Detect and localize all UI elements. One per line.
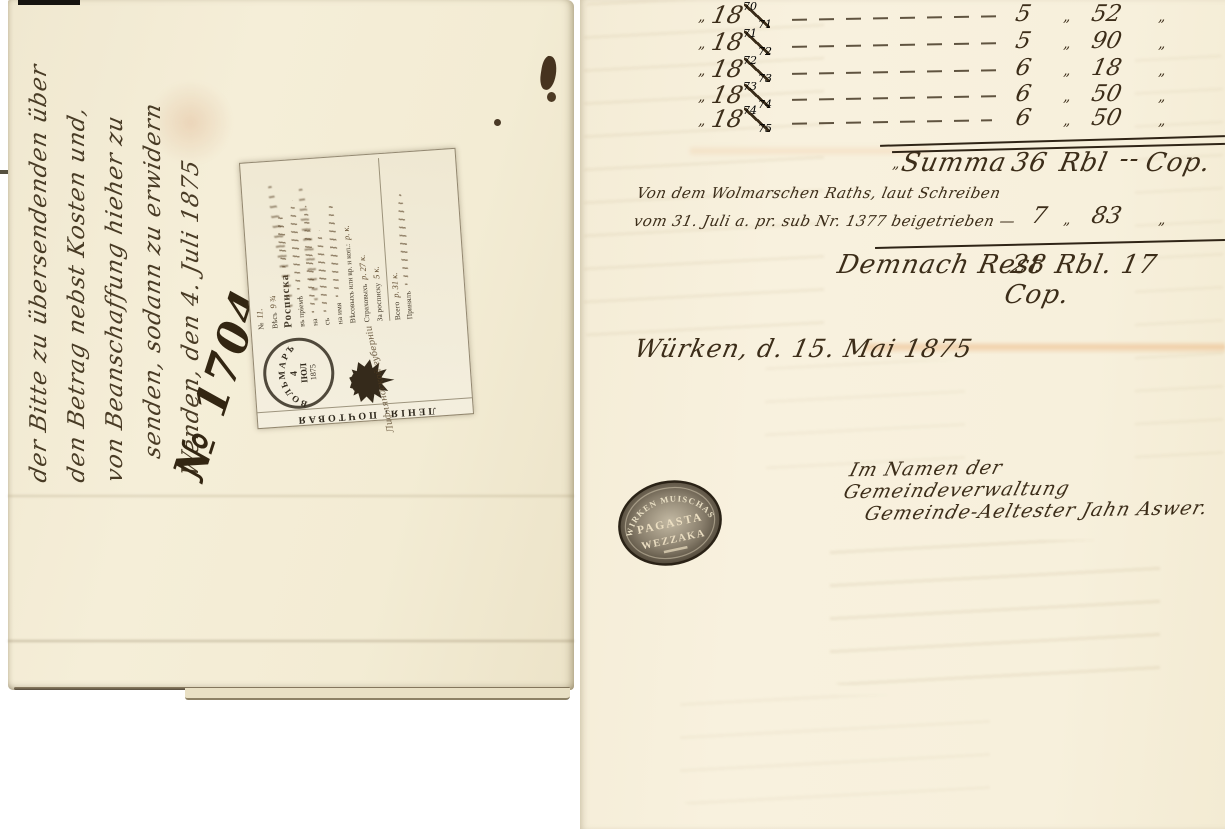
summa-word: Summa bbox=[899, 148, 1010, 178]
ditto-mark: „ bbox=[1158, 89, 1165, 105]
field-value: 11. bbox=[253, 308, 266, 319]
field-label: Страховыхъ bbox=[358, 283, 373, 322]
ditto-mark: „ bbox=[1158, 212, 1165, 228]
ditto-mark: „ bbox=[1158, 9, 1165, 25]
handwriting-line: von Beanschaffung hieher zu bbox=[96, 0, 134, 486]
year-label: 18 bbox=[709, 28, 745, 56]
under-sheet-edge bbox=[185, 688, 570, 700]
handwriting-line: den Betrag nebst Kosten und, bbox=[58, 0, 96, 486]
dash-leader bbox=[792, 95, 1000, 101]
ditto-mark: „ bbox=[1063, 9, 1070, 25]
field-label: въ пріемѣ bbox=[294, 295, 309, 327]
summa-cop: Cop. bbox=[1143, 148, 1214, 178]
summa-unit: Rbl bbox=[1057, 148, 1111, 178]
field-label: № bbox=[255, 322, 268, 330]
place-dateline: Würken, d. 15. Mai 1875 bbox=[632, 334, 976, 363]
ditto-mark: „ bbox=[1158, 63, 1165, 79]
postal-receipt: ЛЕНІЯ, ПОЧТОВАЯ ВОЛЬМАРЪ 4 ІЮЛ 1875 Лифл… bbox=[239, 148, 474, 429]
kopeks-value: 18 bbox=[1089, 55, 1124, 81]
year-label: 18 bbox=[709, 55, 745, 83]
rubles-value: 5 bbox=[1013, 1, 1033, 27]
note-line: vom 31. Juli a. pr. sub Nr. 1377 beigetr… bbox=[632, 212, 1017, 230]
ditto-mark: „ bbox=[1063, 36, 1070, 52]
ditto-mark: „ bbox=[698, 63, 705, 79]
year-label: 18 bbox=[709, 1, 745, 29]
dash-leader bbox=[792, 69, 1004, 75]
field-label: на имя bbox=[332, 302, 346, 324]
field-label: на bbox=[309, 318, 322, 326]
rubles-value: 6 bbox=[1013, 105, 1033, 131]
ditto-mark: „ bbox=[1158, 113, 1165, 129]
fraction-top: 70 bbox=[743, 0, 757, 13]
scan-artifact bbox=[0, 170, 8, 174]
ink-blot bbox=[547, 92, 556, 102]
signature-line: Im Namen der Gemeindeverwaltung bbox=[841, 453, 1225, 504]
fraction-top: 73 bbox=[743, 80, 757, 93]
right-page-scan: „ 18 7071 5 „ 52 „ „ 18 7172 5 „ 90 „ „ … bbox=[580, 0, 1225, 829]
left-page-scan: der Bitte zu übersendenden über den Betr… bbox=[8, 0, 574, 690]
postmark-wolmar: ВОЛЬМАРЪ 4 ІЮЛ 1875 bbox=[256, 331, 341, 416]
handwriting-line: der Bitte zu übersendenden über bbox=[20, 0, 58, 486]
fold-crease bbox=[8, 495, 574, 497]
ditto-mark: „ bbox=[698, 9, 705, 25]
kopeks-value: 50 bbox=[1089, 105, 1124, 131]
kopeks-value: 52 bbox=[1089, 1, 1124, 27]
field-label: Принялъ bbox=[402, 291, 416, 320]
postmark-year: 1875 bbox=[308, 364, 318, 381]
field-label: За росписку bbox=[372, 282, 387, 321]
dash-leader bbox=[792, 42, 1002, 48]
bleed-through-writing bbox=[680, 695, 990, 805]
ditto-mark: „ bbox=[698, 89, 705, 105]
note-rubles: 7 bbox=[1029, 203, 1049, 229]
table-row: „ 18 7273 6 „ 18 „ bbox=[580, 55, 1225, 83]
document-scan: der Bitte zu übersendenden über den Betr… bbox=[0, 0, 1225, 829]
table-row: „ 18 7172 5 „ 90 „ bbox=[580, 28, 1225, 56]
rubles-value: 6 bbox=[1013, 81, 1033, 107]
fraction-bottom: 75 bbox=[758, 122, 772, 135]
field-value: 9 ¾ bbox=[266, 295, 279, 309]
ink-dot bbox=[494, 119, 501, 126]
kopeks-value: 90 bbox=[1089, 28, 1124, 54]
ditto-mark: „ bbox=[698, 36, 705, 52]
year-label: 18 bbox=[709, 105, 745, 133]
note-line: Von dem Wolmarschen Raths, laut Schreibe… bbox=[635, 184, 1002, 202]
ditto-mark: „ bbox=[1063, 212, 1070, 228]
rest-line: Demnach Rest 28 Rbl. 17 Cop. bbox=[580, 250, 1225, 286]
field-label: Вѣсъ bbox=[268, 312, 282, 329]
handwriting-line: senden, sodann zu erwidern bbox=[134, 0, 172, 486]
signature-line: Gemeinde-Aeltester Jahn Aswer. bbox=[862, 497, 1211, 525]
rest-amount: 28 Rbl. 17 Cop. bbox=[1002, 250, 1225, 310]
rubles-value: 6 bbox=[1013, 55, 1033, 81]
fraction-top: 72 bbox=[743, 54, 757, 67]
table-row: „ 18 7475 6 „ 50 „ bbox=[580, 105, 1225, 133]
ditto-mark: „ bbox=[1158, 36, 1165, 52]
kopeks-value: 50 bbox=[1089, 81, 1124, 107]
dash-leader bbox=[792, 119, 992, 124]
field-value: р. к. bbox=[340, 225, 353, 240]
ditto-mark: „ bbox=[1063, 63, 1070, 79]
dash-leader bbox=[792, 15, 1007, 21]
fold-crease bbox=[8, 640, 574, 642]
field-value: р. 31 к. bbox=[388, 272, 402, 298]
ditto-mark: „ bbox=[1063, 89, 1070, 105]
summa-dashes: -- bbox=[1117, 144, 1143, 174]
oval-stamp-wirken-pagasta: WIRKEN MUISCHAS PAGASTA WEZZAKA bbox=[608, 467, 733, 579]
scan-artifact bbox=[18, 0, 80, 5]
ink-blot bbox=[538, 55, 558, 91]
field-value: р. 27 к. bbox=[355, 254, 369, 280]
fraction-top: 71 bbox=[743, 27, 757, 40]
ditto-mark: „ bbox=[892, 156, 899, 172]
ditto-mark: „ bbox=[1063, 113, 1070, 129]
field-value: 5 к. bbox=[370, 266, 383, 279]
bleed-through-writing bbox=[830, 540, 1160, 685]
table-row: „ 18 7071 5 „ 52 „ bbox=[580, 1, 1225, 29]
summa-rubles: 36 bbox=[1009, 148, 1050, 178]
rubles-value: 5 bbox=[1013, 28, 1033, 54]
fraction-top: 74 bbox=[743, 104, 757, 117]
field-label: съ bbox=[321, 317, 334, 325]
summa-line: „ Summa 36 Rbl -- Cop. bbox=[580, 148, 1225, 184]
note-kopeks: 83 bbox=[1089, 203, 1124, 229]
ditto-mark: „ bbox=[698, 113, 705, 129]
